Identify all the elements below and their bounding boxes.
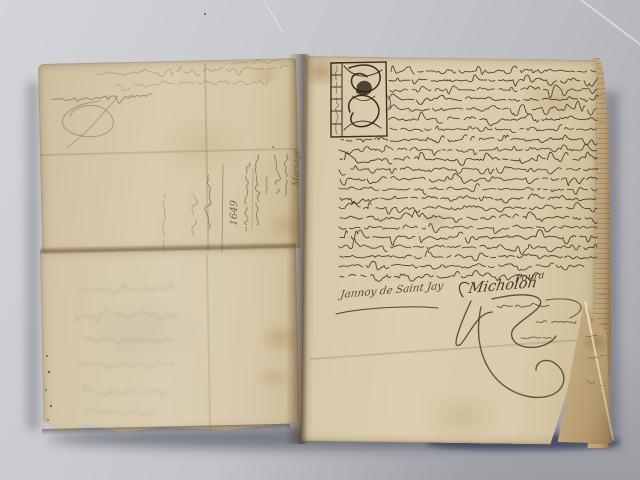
background-speck	[204, 13, 206, 15]
photo-of-manuscript: PouraMicholonJannoy de Saint JayMariage1…	[0, 0, 640, 480]
left-page-lower-leaf	[40, 247, 300, 434]
left-page-upper-leaf	[38, 58, 300, 254]
right-page	[301, 56, 598, 445]
document-shadow	[27, 82, 39, 430]
backdrop-scratch	[263, 0, 284, 33]
backdrop-scratch	[577, 0, 640, 46]
gutter-shadow	[285, 54, 316, 444]
